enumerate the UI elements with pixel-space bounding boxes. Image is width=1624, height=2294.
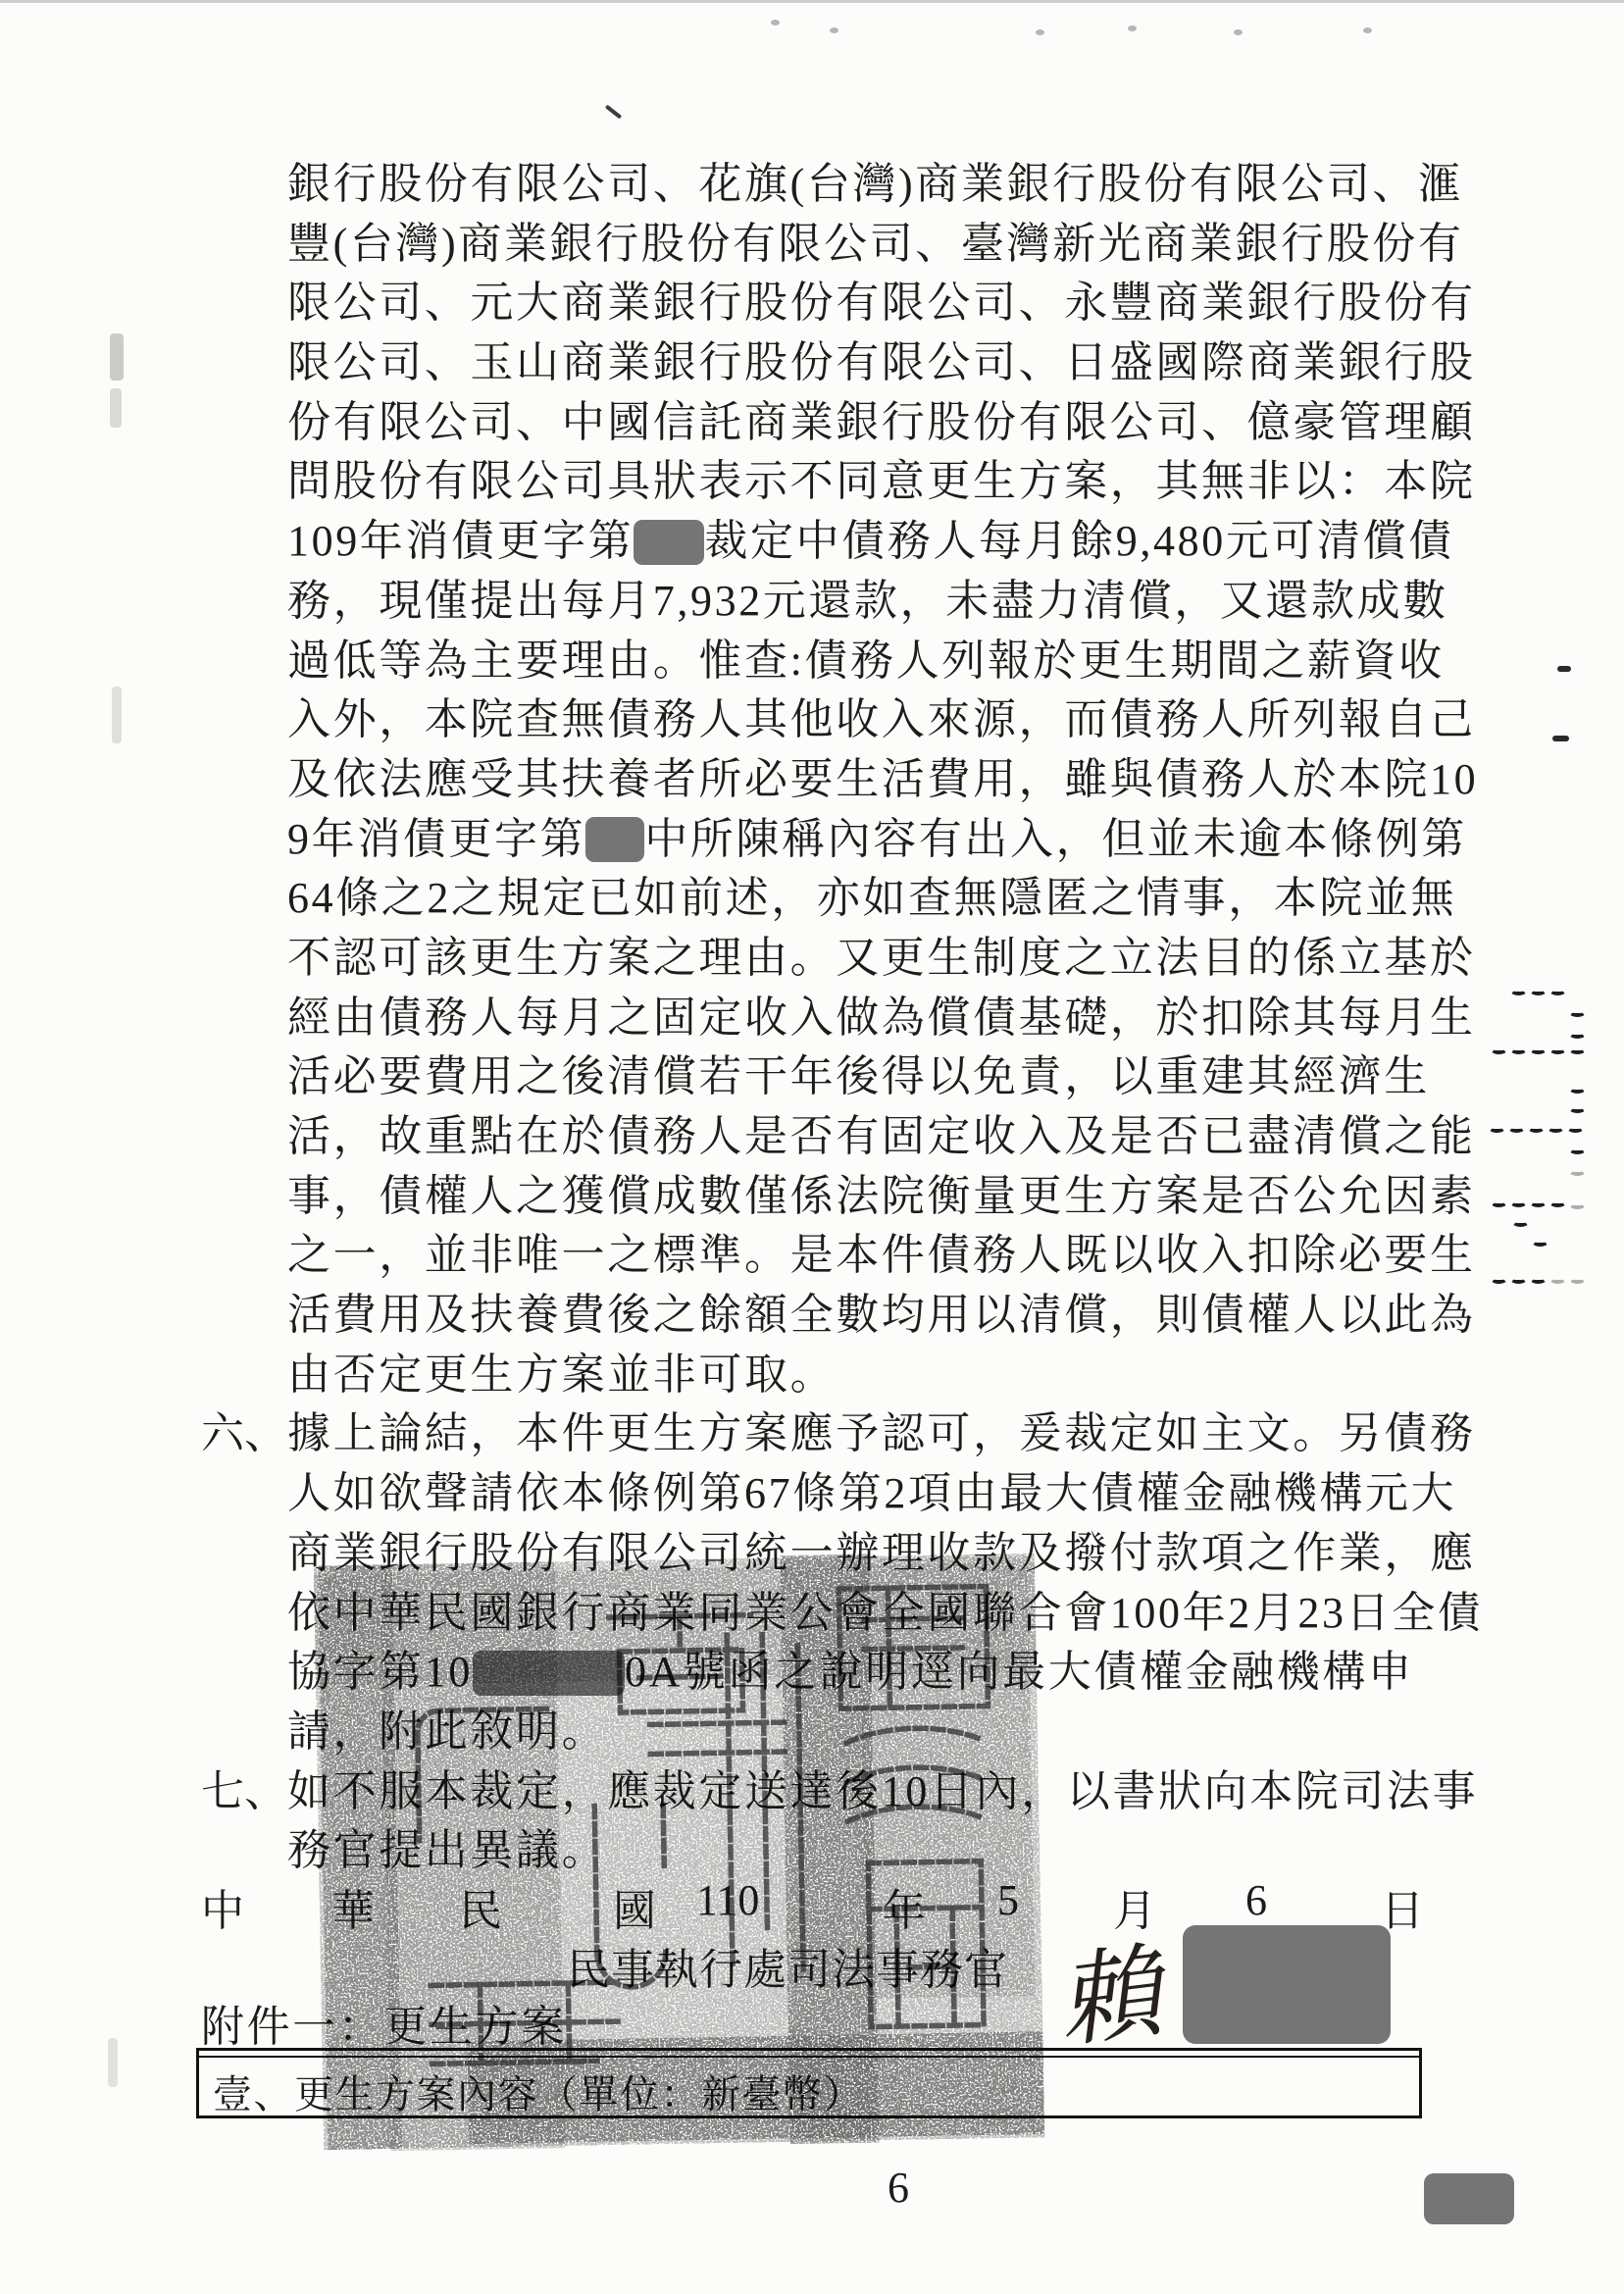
tally-mark [1569, 1275, 1586, 1284]
line-text: 如不服本裁定，應裁定送達後10日內，以書狀向本院司法事 [287, 1767, 1478, 1815]
stray-ink-tick [605, 105, 622, 120]
body-line: 依中華民國銀行商業同業公會全國聯合會100年2月23日全債 [201, 1584, 1505, 1644]
ruling-text-block: 銀行股份有限公司、花旗(台灣)商業銀行股份有限公司、滙豐(台灣)商業銀行股份有限… [201, 155, 1505, 1881]
line-text: 事，債權人之獲償成數僅係法院衡量更生方案是否公允因素 [287, 1172, 1476, 1220]
tally-mark [1549, 1045, 1566, 1054]
body-line: 務，現僅提出每月7,932元還款，未盡力清償，又還款成數 [201, 572, 1505, 632]
body-line: 過低等為主要理由。惟查:債務人列報於更生期間之薪資收 [201, 632, 1505, 691]
tally-mark [1528, 1124, 1545, 1133]
tally-mark [1510, 1275, 1527, 1284]
tally-mark [1530, 1198, 1547, 1207]
line-text: 活，故重點在於債務人是否有固定收入及是否已盡清償之能 [287, 1112, 1476, 1160]
tally-mark [1491, 1198, 1507, 1207]
body-line: 協字第100A號函之說明逕向最大債權金融機構申 [201, 1643, 1505, 1703]
attachment-line: 附件一：更生方案 [201, 1991, 567, 2054]
line-text: 0A號函之說明逕向最大債權金融機構申 [625, 1648, 1414, 1696]
line-text: 務官提出異議。 [287, 1826, 607, 1874]
line-text: 問股份有限公司具狀表示不同意更生方案，其無非以：本院 [287, 457, 1476, 505]
tally-mark [1549, 987, 1566, 995]
date-line: 中華民國110年5月6日 [201, 1875, 1427, 1926]
line-text: 務，現僅提出每月7,932元還款，未盡力清償，又還款成數 [287, 577, 1448, 625]
tally-mark [1567, 1124, 1584, 1133]
line-text: 經由債務人每月之固定收入做為償債基礎，於扣除其每月生 [287, 994, 1476, 1042]
top-edge-speck [830, 27, 838, 33]
line-text: 入外，本院查無債務人其他收入來源，而債務人所列報自己 [287, 695, 1476, 743]
line-text: 裁定中債務人每月餘9,480元可清償債 [704, 517, 1453, 565]
tally-mark [1549, 1275, 1566, 1284]
line-text: 協字第10 [287, 1648, 473, 1696]
officer-title: 民事執行處司法事務官 [567, 1934, 1008, 1997]
redaction-box-officer-name [1183, 1925, 1391, 2044]
line-text: 64條之2之規定已如前述，亦如查無隱匿之情事，本院並無 [287, 874, 1456, 922]
top-edge-speck [1234, 29, 1243, 35]
line-text: 請，附此敘明。 [287, 1708, 607, 1756]
body-line: 入外，本院查無債務人其他收入來源，而債務人所列報自己 [201, 690, 1505, 750]
tally-mark [1491, 1275, 1507, 1284]
tally-mark [1569, 1045, 1586, 1054]
body-line: 活，故重點在於債務人是否有固定收入及是否已盡清償之能 [201, 1107, 1505, 1167]
tally-mark [1549, 1198, 1566, 1207]
left-edge-smudge [108, 2038, 118, 2087]
body-line: 及依法應受其扶養者所必要生活費用，雖與債務人於本院10 [201, 750, 1505, 810]
line-text: 限公司、玉山商業銀行股份有限公司、日盛國際商業銀行股 [287, 338, 1476, 386]
tally-mark [1569, 1030, 1586, 1039]
tally-mark [1510, 1045, 1527, 1054]
body-line: 份有限公司、中國信託商業銀行股份有限公司、億豪管理顧 [201, 393, 1505, 453]
body-line: 活必要費用之後清償若干年後得以免責，以重建其經濟生 [201, 1047, 1505, 1107]
date-token: 年 [883, 1875, 926, 1938]
body-line: 人如欲聲請依本條例第67條第2項由最大債權金融機構元大 [201, 1464, 1505, 1524]
date-token: 6 [1245, 1875, 1267, 1925]
body-line: 64條之2之規定已如前述，亦如查無隱匿之情事，本院並無 [201, 869, 1505, 929]
body-line: 事，債權人之獲償成數僅係法院衡量更生方案是否公允因素 [201, 1167, 1505, 1227]
redaction-box-inline [585, 817, 644, 862]
body-line: 豐(台灣)商業銀行股份有限公司、臺灣新光商業銀行股份有 [201, 215, 1505, 275]
tally-mark [1569, 1008, 1586, 1017]
line-text: 及依法應受其扶養者所必要生活費用，雖與債務人於本院10 [287, 755, 1478, 803]
line-text: 不認可該更生方案之理由。又更生制度之立法目的係立基於 [287, 934, 1476, 982]
date-token: 110 [696, 1875, 759, 1925]
body-line: 之一，並非唯一之標準。是本件債務人既以收入扣除必要生 [201, 1226, 1505, 1286]
line-text: 由否定更生方案並非可取。 [287, 1351, 836, 1399]
tally-mark [1569, 1146, 1586, 1154]
left-edge-smudge [112, 687, 122, 743]
line-text: 份有限公司、中國信託商業銀行股份有限公司、億豪管理顧 [287, 398, 1476, 446]
body-line: 銀行股份有限公司、花旗(台灣)商業銀行股份有限公司、滙 [201, 155, 1505, 215]
tally-mark [1530, 1275, 1547, 1284]
line-text: 據上論結，本件更生方案應予認可，爰裁定如主文。另債務 [287, 1409, 1476, 1457]
section-marker: 七、 [201, 1762, 287, 1822]
left-edge-smudge [110, 333, 124, 381]
tally-mark [1491, 1045, 1507, 1054]
line-text: 過低等為主要理由。惟查:債務人列報於更生期間之薪資收 [287, 637, 1445, 685]
scanner-edge-line [0, 0, 1624, 3]
body-line: 不認可該更生方案之理由。又更生制度之立法目的係立基於 [201, 929, 1505, 989]
body-line: 務官提出異議。 [201, 1821, 1505, 1881]
body-line: 問股份有限公司具狀表示不同意更生方案，其無非以：本院 [201, 452, 1505, 512]
tally-mark [1569, 1085, 1586, 1094]
tally-mark [1548, 1124, 1564, 1133]
left-edge-smudge [110, 388, 122, 428]
body-line: 六、據上論結，本件更生方案應予認可，爰裁定如主文。另債務 [201, 1404, 1505, 1464]
date-token: 國 [613, 1875, 656, 1938]
tally-mark [1569, 1200, 1586, 1209]
line-text: 限公司、元大商業銀行股份有限公司、永豐商業銀行股份有 [287, 279, 1476, 327]
top-edge-speck [771, 20, 780, 25]
tally-mark [1569, 1104, 1586, 1113]
top-edge-speck [1363, 27, 1372, 33]
line-text: 活費用及扶養費後之餘額全數均用以清償，則債權人以此為 [287, 1291, 1476, 1339]
top-edge-speck [1036, 29, 1044, 35]
tally-mark [1530, 987, 1547, 995]
tally-mark [1508, 1124, 1525, 1133]
officer-signature-handwritten: 賴 [1048, 1909, 1168, 2067]
body-line: 請，附此敘明。 [201, 1703, 1505, 1762]
line-text: 依中華民國銀行商業同業公會全國聯合會100年2月23日全債 [287, 1589, 1483, 1637]
body-line: 109年消債更字第裁定中債務人每月餘9,480元可清償債 [201, 512, 1505, 572]
tally-mark [1510, 987, 1527, 995]
redaction-box-inline [473, 1651, 625, 1696]
body-line: 七、如不服本裁定，應裁定送達後10日內，以書狀向本院司法事 [201, 1762, 1505, 1822]
section-marker: 六、 [201, 1404, 287, 1464]
plan-box-title: 壹、更生方案內容（單位：新臺幣） [213, 2064, 864, 2119]
tally-mark [1512, 1218, 1529, 1227]
body-line: 限公司、元大商業銀行股份有限公司、永豐商業銀行股份有 [201, 274, 1505, 333]
tally-mark [1569, 1167, 1586, 1176]
tally-mark [1532, 1238, 1548, 1247]
date-token: 5 [997, 1875, 1019, 1925]
body-line: 由否定更生方案並非可取。 [201, 1346, 1505, 1405]
redaction-box-inline [634, 520, 704, 565]
body-line: 經由債務人每月之固定收入做為償債基礎，於扣除其每月生 [201, 989, 1505, 1048]
date-token: 中 [201, 1875, 244, 1938]
line-text: 之一，並非唯一之標準。是本件債務人既以收入扣除必要生 [287, 1231, 1476, 1279]
line-text: 活必要費用之後清償若干年後得以免責，以重建其經濟生 [287, 1052, 1430, 1100]
body-line: 活費用及扶養費後之餘額全數均用以清償，則債權人以此為 [201, 1286, 1505, 1346]
line-text: 中所陳稱內容有出入，但並未逾本條例第 [644, 815, 1467, 863]
line-text: 109年消債更字第 [287, 517, 634, 565]
scanned-court-ruling-page: 銀行股份有限公司、花旗(台灣)商業銀行股份有限公司、滙豐(台灣)商業銀行股份有限… [0, 0, 1624, 2294]
tally-mark [1530, 1045, 1547, 1054]
line-text: 豐(台灣)商業銀行股份有限公司、臺灣新光商業銀行股份有 [287, 220, 1464, 268]
line-text: 9年消債更字第 [287, 815, 585, 863]
margin-dash-mark [1557, 666, 1571, 672]
body-line: 9年消債更字第中所陳稱內容有出入，但並未逾本條例第 [201, 810, 1505, 870]
body-line: 商業銀行股份有限公司統一辦理收款及撥付款項之作業，應 [201, 1524, 1505, 1584]
line-text: 銀行股份有限公司、花旗(台灣)商業銀行股份有限公司、滙 [287, 160, 1464, 208]
date-token: 華 [331, 1875, 375, 1938]
page-number: 6 [888, 2163, 909, 2213]
body-line: 限公司、玉山商業銀行股份有限公司、日盛國際商業銀行股 [201, 333, 1505, 393]
date-token: 民 [459, 1875, 502, 1938]
plan-table-header-box: 壹、更生方案內容（單位：新臺幣） [196, 2048, 1422, 2118]
line-text: 人如欲聲請依本條例第67條第2項由最大債權金融機構元大 [287, 1469, 1456, 1517]
redaction-box-bottom-right [1424, 2173, 1514, 2224]
tally-mark [1510, 1198, 1527, 1207]
tally-mark [1489, 1124, 1505, 1133]
margin-dash-mark [1552, 736, 1569, 741]
line-text: 商業銀行股份有限公司統一辦理收款及撥付款項之作業，應 [287, 1529, 1476, 1577]
top-edge-speck [1128, 25, 1137, 31]
